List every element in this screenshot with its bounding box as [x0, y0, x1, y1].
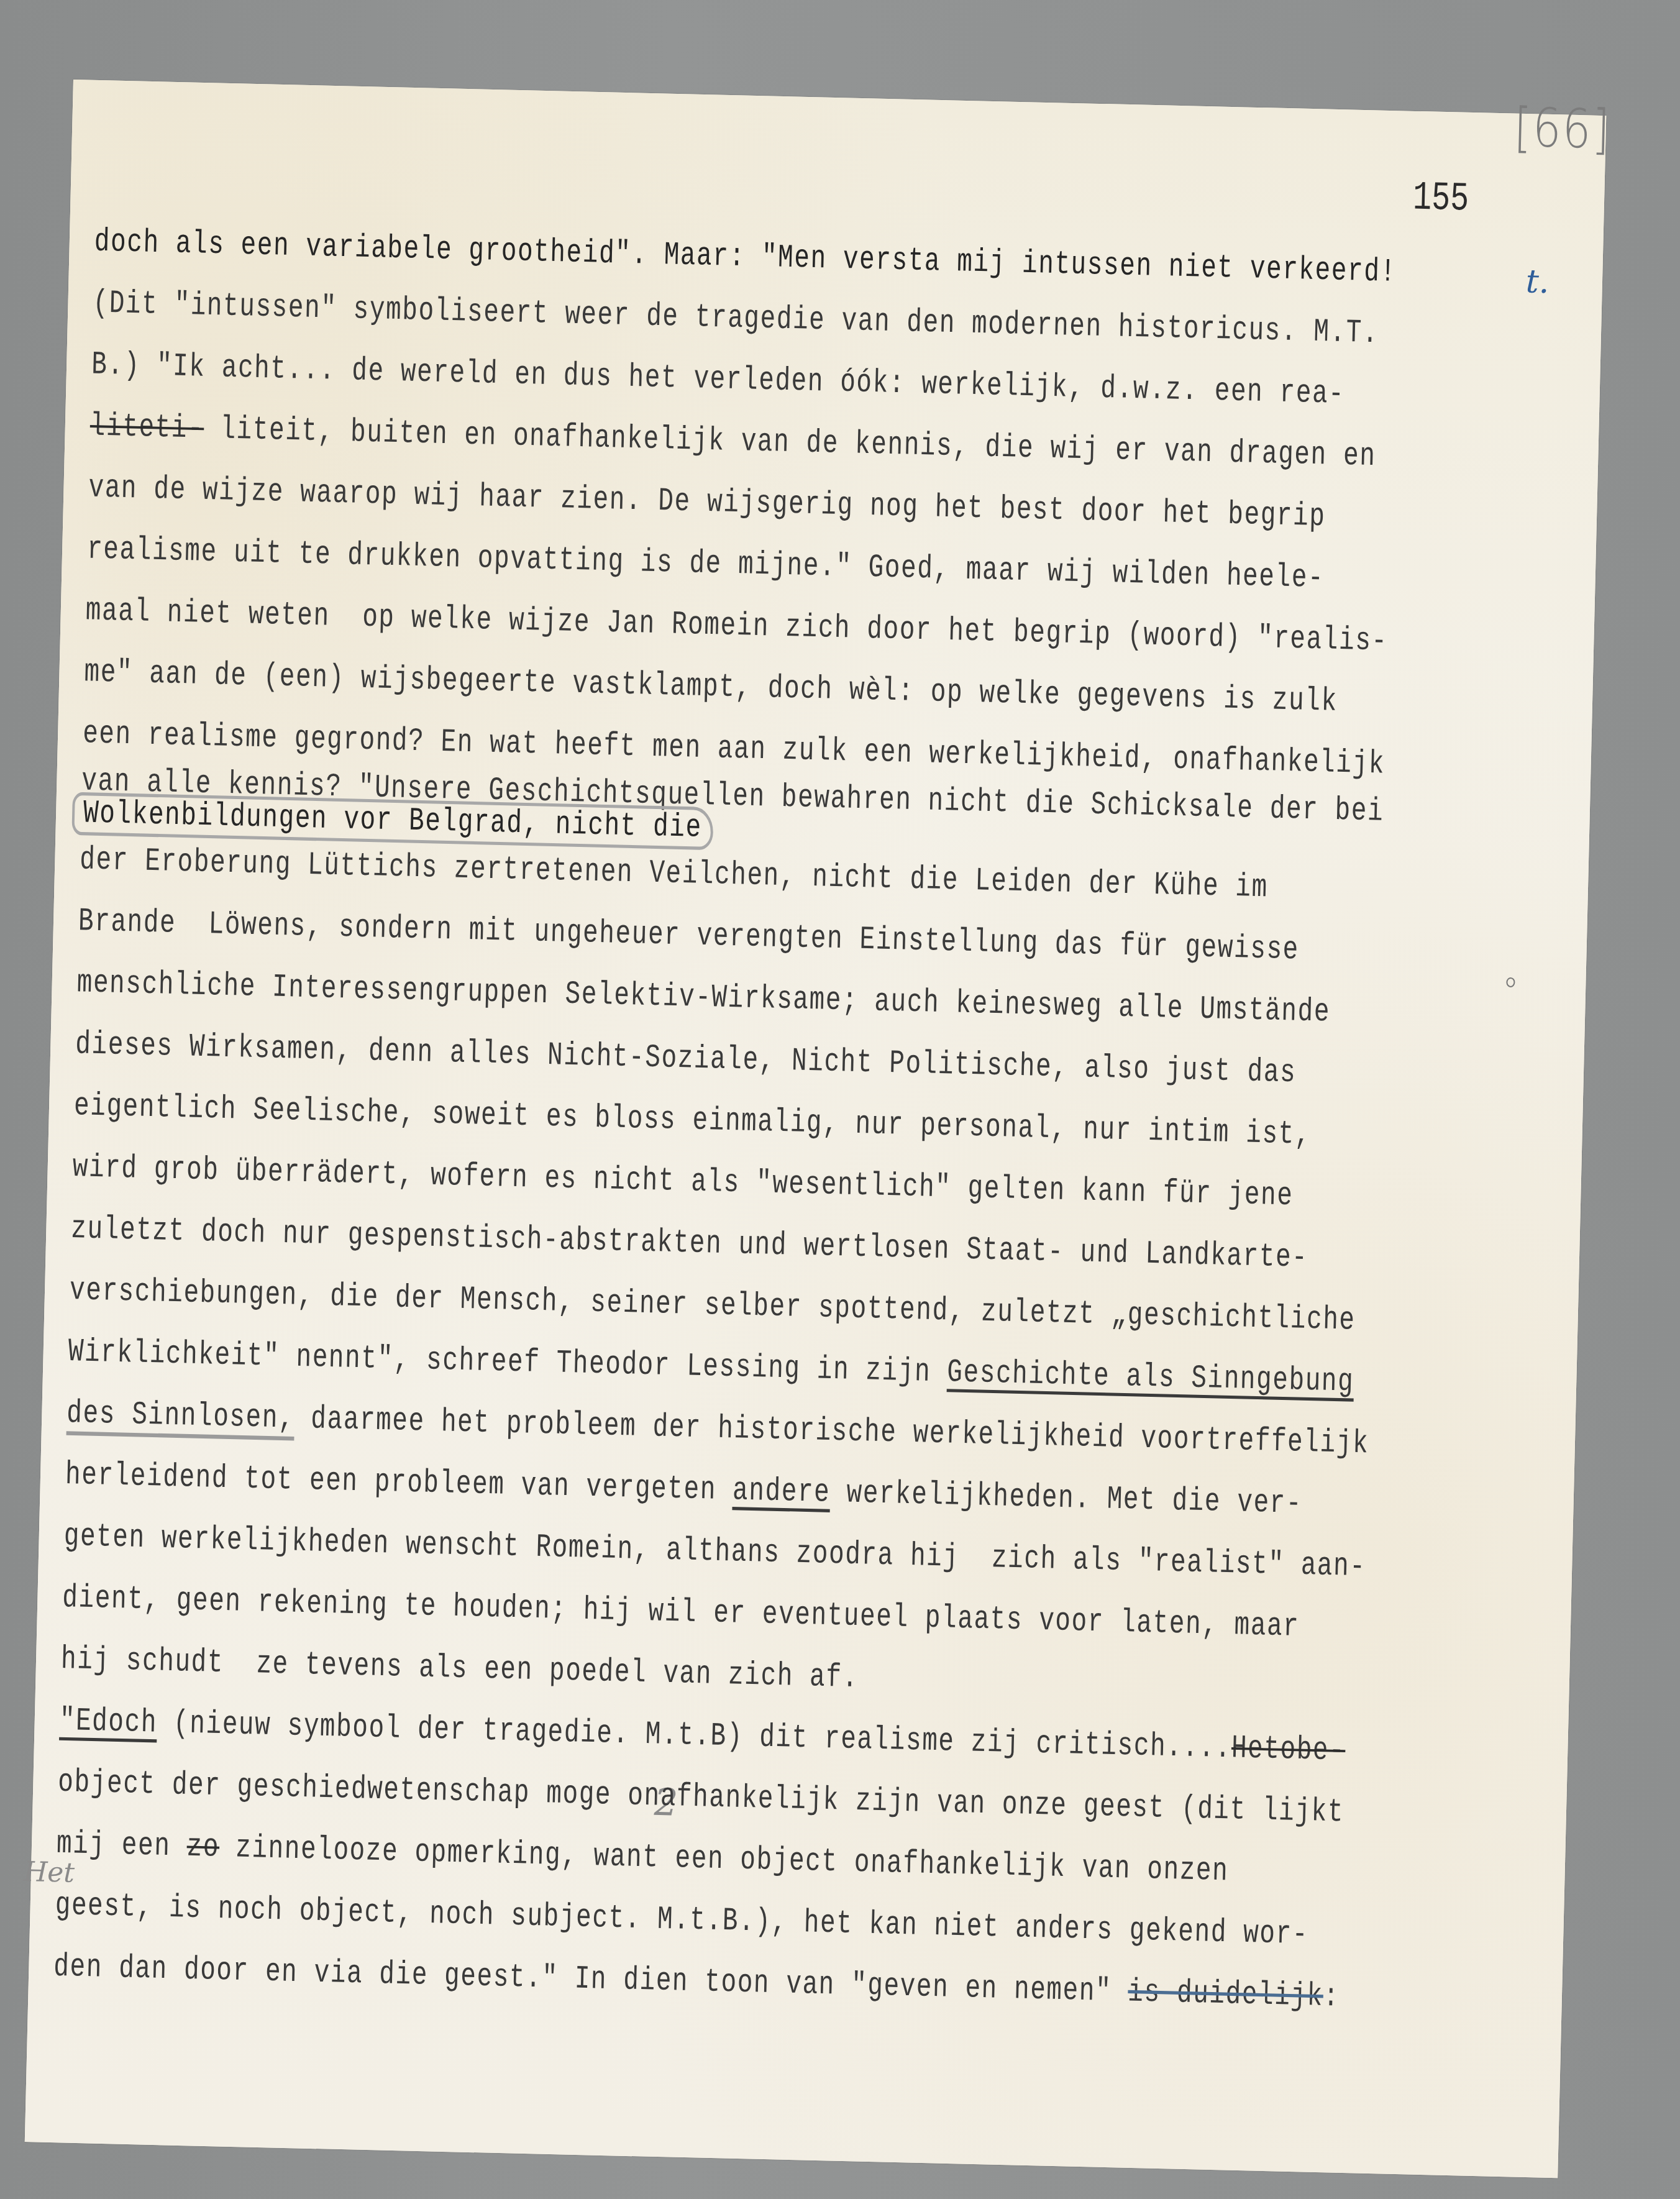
emphasis-underlined: andere	[732, 1473, 831, 1512]
book-title-underlined: Geschichte als Sinngebung	[947, 1355, 1354, 1401]
struck-text: liteti-	[89, 408, 204, 447]
book-title-continued: des Sinnlosen,	[66, 1396, 295, 1438]
struck-text: Hetobe-	[1231, 1730, 1346, 1770]
archive-number: [66]	[1513, 96, 1612, 160]
document-body: doch als een variabele grootheid". Maar:…	[53, 212, 1586, 2034]
page-number: 155	[1412, 175, 1469, 222]
emphasis-underlined: "Edoch	[59, 1703, 158, 1742]
struck-text: zo	[186, 1829, 220, 1867]
typewritten-page: [66] 155 t. Het 2 doch als een variabele…	[25, 80, 1607, 2178]
blue-struck-text: is duidelijk	[1128, 1974, 1324, 2015]
